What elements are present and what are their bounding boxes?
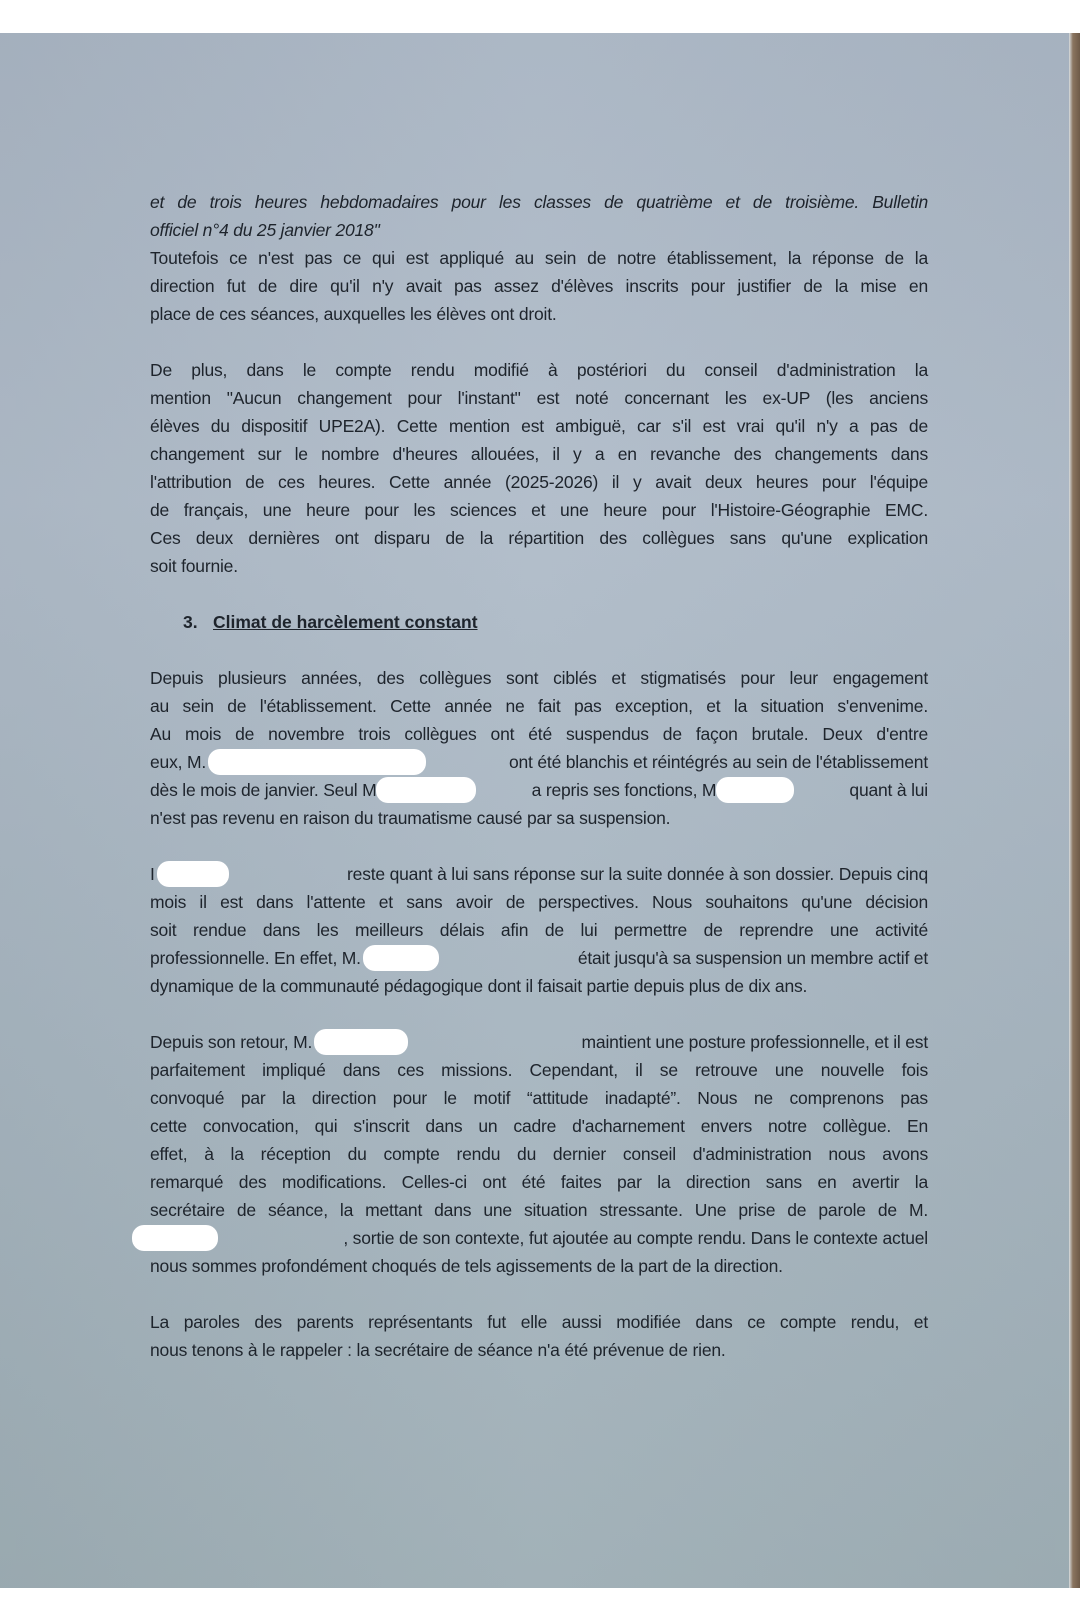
text-line: secrétaire de séance, la mettant dans un… bbox=[150, 1196, 928, 1224]
text-line: l'attribution de ces heures. Cette année… bbox=[150, 468, 928, 496]
text-line: élèves du dispositif UPE2A). Cette menti… bbox=[150, 412, 928, 440]
text-fragment: Depuis son retour, M. bbox=[150, 1028, 312, 1056]
text-line: soit rendue dans les meilleurs délais af… bbox=[150, 916, 928, 944]
document-body: et de trois heures hebdomadaires pour le… bbox=[150, 188, 928, 1392]
text-line: mois il est dans l'attente et sans avoir… bbox=[150, 888, 928, 916]
text-fragment: eux, M. bbox=[150, 748, 206, 776]
text-line: Ces deux dernières ont disparu de la rép… bbox=[150, 524, 928, 552]
text-line: place de ces séances, auxquelles les élè… bbox=[150, 300, 928, 328]
document-photo: et de trois heures hebdomadaires pour le… bbox=[0, 33, 1080, 1588]
text-line: soit fournie. bbox=[150, 552, 928, 580]
text-fragment: reste quant à lui sans réponse sur la su… bbox=[347, 860, 928, 888]
text-fragment: dès le mois de janvier. Seul M bbox=[150, 776, 376, 804]
text-fragment: ont été blanchis et réintégrés au sein d… bbox=[509, 748, 928, 776]
text-line: mention "Aucun changement pour l'instant… bbox=[150, 384, 928, 412]
text-line-with-redaction: I reste quant à lui sans réponse sur la … bbox=[150, 860, 928, 888]
text-line: Au mois de novembre trois collègues ont … bbox=[150, 720, 928, 748]
text-line: au sein de l'établissement. Cette année … bbox=[150, 692, 928, 720]
text-line: nous sommes profondément choqués de tels… bbox=[150, 1252, 928, 1280]
text-line-with-redaction: , sortie de son contexte, fut ajoutée au… bbox=[150, 1224, 928, 1252]
text-line: convoqué par la direction pour le motif … bbox=[150, 1084, 928, 1112]
paragraph-3: Depuis plusieurs années, des collègues s… bbox=[150, 664, 928, 832]
redacted-name bbox=[208, 749, 426, 775]
paragraph-5: Depuis son retour, M. maintient une post… bbox=[150, 1028, 928, 1280]
text-line: remarqué des modifications. Celles-ci on… bbox=[150, 1168, 928, 1196]
text-line: Depuis plusieurs années, des collègues s… bbox=[150, 664, 928, 692]
section-number: 3. bbox=[183, 608, 213, 636]
text-line: parfaitement impliqué dans ces missions.… bbox=[150, 1056, 928, 1084]
text-fragment: a repris ses fonctions, M bbox=[532, 776, 717, 804]
text-line-with-redaction: Depuis son retour, M. maintient une post… bbox=[150, 1028, 928, 1056]
text-line: n'est pas revenu en raison du traumatism… bbox=[150, 804, 928, 832]
redacted-name bbox=[363, 945, 439, 971]
redacted-name bbox=[314, 1029, 408, 1055]
text-line: De plus, dans le compte rendu modifié à … bbox=[150, 356, 928, 384]
text-line: de français, une heure pour les sciences… bbox=[150, 496, 928, 524]
paragraph-2: De plus, dans le compte rendu modifié à … bbox=[150, 356, 928, 580]
text-fragment: I bbox=[150, 860, 155, 888]
text-fragment: maintient une posture professionnelle, e… bbox=[582, 1028, 928, 1056]
text-line: direction fut de dire qu'il n'y avait pa… bbox=[150, 272, 928, 300]
text-line: changement sur le nombre d'heures alloué… bbox=[150, 440, 928, 468]
paragraph-1: Toutefois ce n'est pas ce qui est appliq… bbox=[150, 244, 928, 328]
text-fragment: était jusqu'à sa suspension un membre ac… bbox=[578, 944, 928, 972]
text-line: effet, à la réception du compte rendu du… bbox=[150, 1140, 928, 1168]
text-line-with-redaction: professionnelle. En effet, M. était jusq… bbox=[150, 944, 928, 972]
text-line: et de trois heures hebdomadaires pour le… bbox=[150, 188, 928, 216]
redacted-name bbox=[376, 777, 476, 803]
text-line: dynamique de la communauté pédagogique d… bbox=[150, 972, 928, 1000]
text-line: cette convocation, qui s'inscrit dans un… bbox=[150, 1112, 928, 1140]
section-heading: 3.Climat de harcèlement constant bbox=[183, 608, 928, 636]
text-fragment: , sortie de son contexte, fut ajoutée au… bbox=[343, 1224, 928, 1252]
text-fragment: professionnelle. En effet, M. bbox=[150, 944, 361, 972]
text-line: nous tenons à le rappeler : la secrétair… bbox=[150, 1336, 928, 1364]
paper-edge bbox=[1069, 33, 1080, 1588]
text-line: officiel n°4 du 25 janvier 2018" bbox=[150, 216, 928, 244]
redacted-name bbox=[132, 1225, 218, 1251]
text-fragment: quant à lui bbox=[849, 776, 928, 804]
text-line: La paroles des parents représentants fut… bbox=[150, 1308, 928, 1336]
redacted-name bbox=[716, 777, 794, 803]
intro-quote: et de trois heures hebdomadaires pour le… bbox=[150, 188, 928, 244]
paragraph-6: La paroles des parents représentants fut… bbox=[150, 1308, 928, 1364]
text-line: Toutefois ce n'est pas ce qui est appliq… bbox=[150, 244, 928, 272]
redacted-name bbox=[157, 861, 229, 887]
section-title: Climat de harcèlement constant bbox=[213, 612, 478, 632]
text-line-with-redaction: eux, M. ont été blanchis et réintégrés a… bbox=[150, 748, 928, 776]
text-line-with-redaction: dès le mois de janvier. Seul M a repris … bbox=[150, 776, 928, 804]
paragraph-4: I reste quant à lui sans réponse sur la … bbox=[150, 860, 928, 1000]
